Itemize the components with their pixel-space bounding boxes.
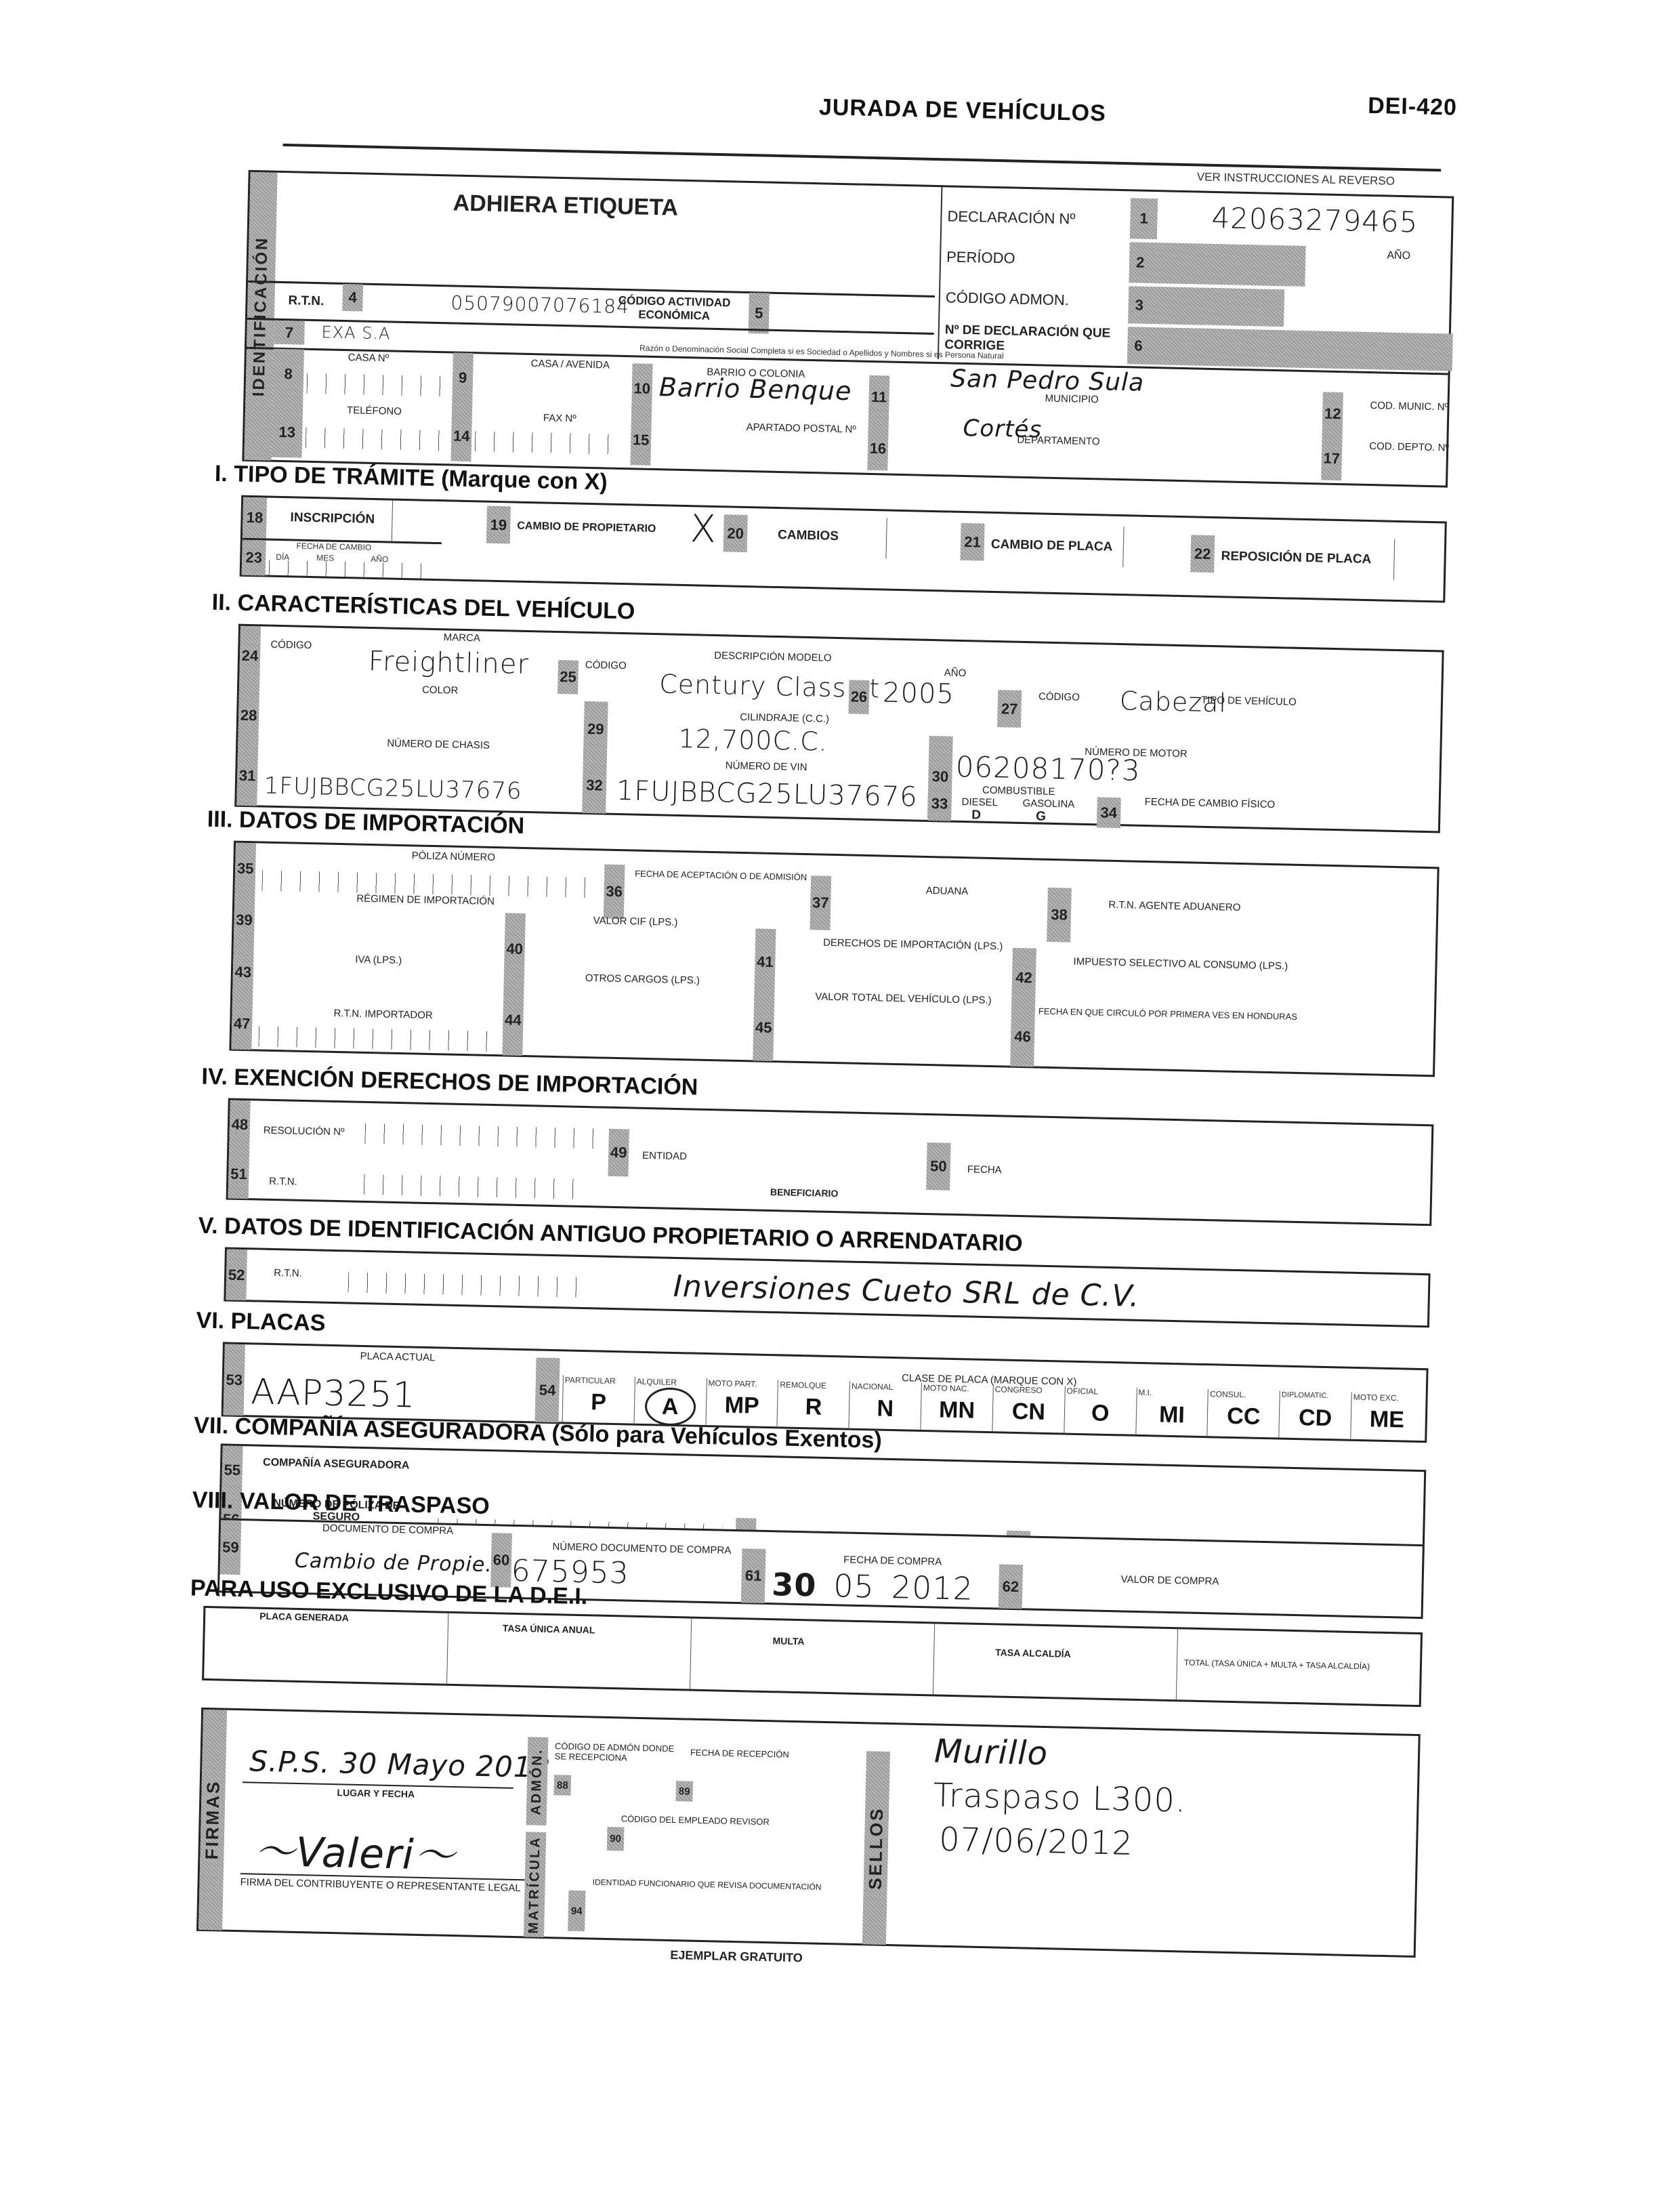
form-code: DEI-420 — [1368, 93, 1458, 121]
plate-class-congreso[interactable]: CONGRESOCN — [992, 1384, 1064, 1433]
field-num-9-14: 914 — [450, 352, 473, 461]
form-title: JURADA DE VEHÍCULOS — [819, 94, 1107, 127]
empleado-revisor-label: CÓDIGO DEL EMPLEADO REVISOR — [621, 1813, 770, 1827]
field-num-11-16: 1116 — [867, 375, 889, 471]
fecha-compra-value[interactable]: 30 05 2012 — [772, 1566, 974, 1607]
resolucion-label: RESOLUCIÓN Nº — [264, 1125, 345, 1138]
plate-class-particular[interactable]: PARTICULARP — [562, 1375, 635, 1424]
section-5-block: 52 R.T.N. Inversiones Cueto SRL de C.V. — [224, 1247, 1430, 1327]
modelo-label: DESCRIPCIÓN MODELO — [714, 650, 832, 664]
tramite-cambio-placa-checkbox[interactable] — [1122, 527, 1164, 568]
avenida-label: CASA / AVENIDA — [530, 358, 610, 371]
rtn-importador-label: R.T.N. IMPORTADOR — [333, 1008, 432, 1021]
dei-block: PLACA GENERADA TASA ÚNICA ANUAL MULTA TA… — [202, 1606, 1423, 1707]
placa-actual-label: PLACA ACTUAL — [360, 1350, 435, 1363]
firma-contribuyente[interactable]: 〜Valeri〜 — [254, 1819, 457, 1882]
field-num: 52 — [226, 1250, 247, 1301]
field-num: 25 — [558, 660, 579, 695]
plate-class-diplomatic[interactable]: DIPLOMATIC.CD — [1279, 1390, 1351, 1439]
identidad-funcionario-label: IDENTIDAD FUNCIONARIO QUE REVISA DOCUMEN… — [593, 1878, 822, 1892]
telefono-label: TELÉFONO — [347, 405, 402, 417]
marca-label: MARCA — [444, 632, 481, 644]
declaracion-label: DECLARACIÓN Nº — [947, 207, 1075, 228]
sello-signature: Murillo — [933, 1732, 1048, 1773]
field-num: 88 — [554, 1775, 572, 1796]
field-num: 34 — [1097, 797, 1121, 828]
plate-class-remolque[interactable]: REMOLQUER — [777, 1380, 849, 1428]
fecha-circulo-label: FECHA EN QUE CIRCULÓ POR PRIMERA VES EN … — [1038, 1006, 1297, 1022]
plate-class-nacional[interactable]: NACIONALN — [849, 1382, 921, 1430]
field-num: 53 — [224, 1344, 245, 1416]
diesel-label: DIESEL — [961, 796, 998, 808]
valor-cif-label: VALOR CIF (LPS.) — [593, 915, 677, 928]
tipo-vehiculo-value[interactable]: Cabezal — [1119, 686, 1227, 718]
admon-side-label: ADMÓN. — [526, 1737, 549, 1825]
field-num: 60 — [490, 1533, 512, 1588]
field-num: 18 — [243, 497, 267, 539]
rtn-exencion-input[interactable] — [364, 1174, 588, 1199]
field-num: 94 — [568, 1891, 585, 1932]
col-label: TOTAL (Tasa Única + Multa + Tasa Alcaldí… — [1184, 1657, 1370, 1671]
field-num-8-13: 813 — [271, 349, 303, 458]
cod-munic-label: COD. MUNIC. Nº — [1370, 400, 1448, 413]
cilindraje-label: CILINDRAJE (C.C.) — [740, 711, 829, 725]
fecha-recepcion-label: FECHA DE RECEPCIÓN — [690, 1748, 789, 1760]
ano-label: AÑO — [1387, 250, 1410, 263]
field-num: 20 — [723, 514, 748, 552]
field-num: 2 — [1129, 242, 1305, 287]
field-nums-29-32: 2932 — [582, 701, 608, 814]
field-nums-42-46: 4246 — [1010, 948, 1036, 1067]
fecha-cambio-input[interactable] — [269, 560, 432, 579]
field-nums-48-51: 4851 — [228, 1100, 251, 1199]
diesel-option[interactable]: D — [971, 808, 981, 823]
ano-value[interactable]: 2005 — [883, 677, 955, 709]
regimen-label: RÉGIMEN DE IMPORTACIÓN — [356, 893, 495, 907]
rtn-agente-label: R.T.N. AGENTE ADUANERO — [1108, 899, 1240, 913]
derechos-label: DERECHOS DE IMPORTACIÓN (LPS.) — [823, 937, 1003, 953]
sticker-label: ADHIERA ETIQUETA — [453, 190, 678, 221]
entidad-label: ENTIDAD — [642, 1150, 687, 1162]
ano-label: AÑO — [944, 667, 967, 679]
vin-value[interactable]: 1FUJBBCG25LU37676 — [616, 775, 918, 813]
field-num: 1 — [1130, 198, 1158, 239]
fecha-aceptacion-label: FECHA DE ACEPTACIÓN O DE ADMISIÓN — [635, 869, 807, 883]
field-num: 62 — [999, 1565, 1023, 1609]
plate-class-moto-part[interactable]: MOTO PART.MP — [705, 1378, 778, 1427]
plate-class-consul[interactable]: CONSUL.CC — [1207, 1389, 1280, 1438]
aduana-label: ADUANA — [926, 885, 969, 897]
tramite-cambios-checkbox[interactable] — [885, 518, 927, 560]
fecha-ano: 2012 — [891, 1569, 973, 1607]
barrio-value[interactable]: Barrio Benque — [658, 372, 852, 406]
sellos-side-label: SELLOS — [862, 1751, 890, 1945]
col-label: PLACA GENERADA — [259, 1611, 349, 1624]
field-num: 21 — [960, 523, 984, 561]
field-num: 59 — [219, 1520, 241, 1575]
apartado-label: APARTADO POSTAL Nº — [746, 421, 856, 436]
fecha-dia: 30 — [772, 1566, 817, 1603]
codigo-admon-label: CÓDIGO ADMON. — [946, 289, 1070, 309]
field-num: 50 — [926, 1142, 951, 1191]
col-label: TASA ÚNICA ANUAL — [503, 1623, 595, 1636]
documento-compra-label: DOCUMENTO DE COMPRA — [322, 1523, 453, 1537]
tramite-reposicion-placa-label: REPOSICIÓN DE PLACA — [1221, 549, 1371, 567]
vin-label: NÚMERO DE VIN — [726, 760, 807, 773]
field-num: 4 — [342, 284, 363, 312]
ejemplar-gratuito: EJEMPLAR GRATUITO — [670, 1948, 803, 1965]
fecha-exencion-label: FECHA — [967, 1163, 1002, 1176]
gasolina-label: GASOLINA — [1022, 798, 1074, 810]
cod-admon-recepcion-label: CÓDIGO DE ADMÓN DONDE SE RECEPCIONA — [555, 1741, 677, 1764]
selected-circle: A — [644, 1387, 696, 1426]
field-num: 61 — [741, 1548, 766, 1603]
placa-actual-value[interactable]: AAP3251 — [251, 1371, 417, 1416]
tramite-cambios-label: CAMBIOS — [778, 528, 839, 544]
cambio-fisico-label: FECHA DE CAMBIO FÍSICO — [1145, 796, 1276, 810]
tramite-inscripcion-checkbox[interactable] — [392, 501, 434, 542]
field-num: 37 — [810, 875, 831, 930]
modelo-value[interactable]: Century Class st — [659, 669, 881, 703]
lugar-fecha-value[interactable]: S.P.S. 30 Mayo 2012 — [249, 1744, 551, 1784]
numero-documento-label: NÚMERO DOCUMENTO DE COMPRA — [552, 1541, 731, 1556]
valor-compra-label: VALOR DE COMPRA — [1120, 1573, 1219, 1587]
section-4-title: IV. EXENCIÓN DERECHOS DE IMPORTACIÓN — [201, 1064, 698, 1101]
field-nums-41-45: 4145 — [753, 928, 776, 1061]
field-num: 54 — [535, 1358, 560, 1423]
field-num: 22 — [1190, 535, 1215, 573]
field-nums-24-31: 242831 — [236, 626, 261, 806]
cilindraje-value[interactable]: 12,700C.C. — [678, 724, 828, 757]
header-rule — [282, 144, 1441, 171]
col-label: MULTA — [772, 1635, 804, 1647]
color-label: COLOR — [422, 684, 459, 697]
rtn-importador-input[interactable] — [259, 1026, 490, 1051]
actividad-label: CÓDIGO ACTIVIDAD ECONÓMICA — [606, 293, 742, 323]
poliza-label: PÓLIZA NÚMERO — [412, 850, 496, 863]
field-num: 33 — [927, 787, 952, 821]
tramite-reposicion-placa-checkbox[interactable] — [1393, 539, 1435, 581]
fecha-compra-label: FECHA DE COMPRA — [843, 1554, 942, 1567]
field-num: 7 — [274, 321, 305, 345]
field-num: 5 — [749, 293, 770, 334]
beneficiario-label: BENEFICIARIO — [770, 1186, 839, 1199]
plate-class-alquiler[interactable]: ALQUILERA — [633, 1377, 706, 1426]
tipo-codigo-label: CÓDIGO — [1038, 690, 1080, 703]
field-num: 3 — [1128, 286, 1284, 327]
scanned-page: JURADA DE VEHÍCULOS DEI-420 VER INSTRUCC… — [0, 0, 1680, 2188]
section-2-block: 242831 MARCA CÓDIGO Freightliner COLOR 2… — [234, 624, 1444, 833]
resolucion-input[interactable] — [364, 1123, 609, 1149]
field-num: 27 — [997, 690, 1022, 728]
instructions-note: VER INSTRUCCIONES AL REVERSO — [1197, 170, 1395, 188]
identification-block: IDENTIFICACIÓN ADHIERA ETIQUETA DECLARAC… — [242, 170, 1454, 488]
rtn-exencion-label: R.T.N. — [269, 1176, 297, 1188]
field-num: 6 — [1127, 327, 1453, 371]
valor-total-label: VALOR TOTAL DEL VEHÍCULO (LPS.) — [815, 991, 992, 1006]
combustible-label: COMBUSTIBLE — [982, 785, 1055, 798]
chasis-value[interactable]: 1FUJBBCG25LU37676 — [264, 772, 522, 805]
rtn-antiguo-input[interactable] — [348, 1272, 579, 1297]
tasa-unica-cell[interactable]: TASA ÚNICA ANUAL — [447, 1613, 692, 1689]
field-num: 23 — [242, 540, 266, 576]
plate-class-oficial[interactable]: OFICIALO — [1064, 1386, 1136, 1435]
rtn-antiguo-label: R.T.N. — [274, 1267, 302, 1279]
plate-class-mi[interactable]: M.I.MI — [1135, 1388, 1208, 1437]
lugar-fecha-label: LUGAR Y FECHA — [337, 1787, 415, 1799]
field-num: 89 — [675, 1781, 693, 1802]
placa-generada-cell[interactable]: PLACA GENERADA — [204, 1608, 448, 1684]
tramite-cambio-propietario-checkbox[interactable]: X — [683, 507, 724, 552]
section-3-block: 35394347 PÓLIZA NÚMERO 36 FECHA DE ACEPT… — [229, 841, 1439, 1077]
multa-cell[interactable]: MULTA — [690, 1619, 935, 1695]
field-num: 49 — [608, 1129, 629, 1177]
rtn-value[interactable]: 05079007076184 — [450, 291, 629, 318]
cod-depto-label: COD. DEPTO. Nº — [1369, 440, 1449, 454]
field-num-10-15: 1015 — [630, 363, 652, 466]
form-dei-420: JURADA DE VEHÍCULOS DEI-420 VER INSTRUCC… — [224, 68, 1477, 95]
field-nums-40-44: 4044 — [502, 913, 526, 1056]
section-6-title: VI. PLACAS — [196, 1308, 326, 1337]
fecha-mes: 05 — [833, 1567, 875, 1605]
section-4-block: 4851 RESOLUCIÓN Nº 49 ENTIDAD 50 FECHA R… — [226, 1098, 1434, 1226]
otros-cargos-label: OTROS CARGOS (LPS.) — [585, 972, 700, 987]
field-num: 38 — [1047, 888, 1072, 943]
field-num: 36 — [604, 865, 625, 920]
casa-label: CASA Nº — [348, 352, 390, 364]
antiguo-propietario-value[interactable]: Inversiones Cueto SRL de C.V. — [673, 1269, 1140, 1314]
tramite-cambio-propietario-label: CAMBIO DE PROPIETARIO — [517, 520, 656, 535]
tramite-inscripcion-label: INSCRIPCIÓN — [290, 510, 375, 527]
field-num: 90 — [607, 1827, 625, 1851]
field-num: 26 — [848, 680, 869, 714]
compania-label: COMPAÑÍA ASEGURADORA — [263, 1457, 410, 1472]
sello-traspaso: Traspaso L300. — [933, 1776, 1187, 1819]
periodo-label: PERÍODO — [946, 248, 1015, 267]
telefono-input[interactable] — [306, 428, 448, 451]
modelo-codigo-label: CÓDIGO — [585, 659, 627, 672]
total-cell[interactable]: TOTAL (Tasa Única + Multa + Tasa Alcaldí… — [1177, 1629, 1421, 1705]
marca-codigo-label: CÓDIGO — [270, 639, 312, 651]
section-2-title: II. CARACTERÍSTICAS DEL VEHÍCULO — [211, 590, 635, 625]
impuesto-selectivo-label: IMPUESTO SELECTIVO AL CONSUMO (LPS.) — [1073, 956, 1288, 972]
firmas-side-label: FIRMAS — [198, 1710, 227, 1931]
motor-value[interactable]: 06208170?3 — [955, 750, 1141, 787]
departamento-label: DEPARTAMENTO — [1017, 434, 1100, 448]
fax-label: FAX Nº — [543, 412, 576, 424]
declaracion-value[interactable]: 42063279465 — [1211, 201, 1419, 239]
casa-input[interactable] — [307, 373, 450, 397]
tasa-alcaldia-cell[interactable]: TASA ALCALDÍA — [933, 1624, 1178, 1699]
razon-social-value[interactable]: EXA S.A — [321, 323, 391, 343]
fecha-cambio-label: FECHA DE CAMBIO — [296, 541, 371, 552]
sello-fecha: 07/06/2012 — [939, 1821, 1134, 1863]
field-num-12-17: 1217 — [1321, 392, 1343, 481]
plate-class-moto-nac[interactable]: MOTO NAC.MN — [921, 1383, 993, 1432]
section-1-block: 18 INSCRIPCIÓN 19 CAMBIO DE PROPIETARIO … — [240, 495, 1447, 603]
field-nums-35-47: 35394347 — [231, 843, 256, 1050]
col-label: TASA ALCALDÍA — [995, 1647, 1071, 1659]
matricula-side-label: MATRÍCULA — [524, 1832, 546, 1937]
rtn-label: R.T.N. — [288, 293, 324, 309]
fax-input[interactable] — [475, 431, 625, 455]
iva-label: IVA (LPS.) — [355, 954, 402, 966]
documento-compra-value[interactable]: Cambio de Propie. — [295, 1549, 493, 1577]
plate-class-moto-exc[interactable]: MOTO EXC.ME — [1350, 1392, 1423, 1441]
footer-block: FIRMAS S.P.S. 30 Mayo 2012 LUGAR Y FECHA… — [196, 1708, 1421, 1958]
gasolina-option[interactable]: G — [1036, 809, 1046, 824]
tramite-cambio-placa-label: CAMBIO DE PLACA — [991, 537, 1113, 555]
municipio-label: MUNICIPIO — [1045, 393, 1099, 406]
chasis-label: NÚMERO DE CHASIS — [387, 738, 490, 751]
field-num: 19 — [486, 506, 511, 544]
marca-value[interactable]: Freightliner — [368, 646, 529, 680]
